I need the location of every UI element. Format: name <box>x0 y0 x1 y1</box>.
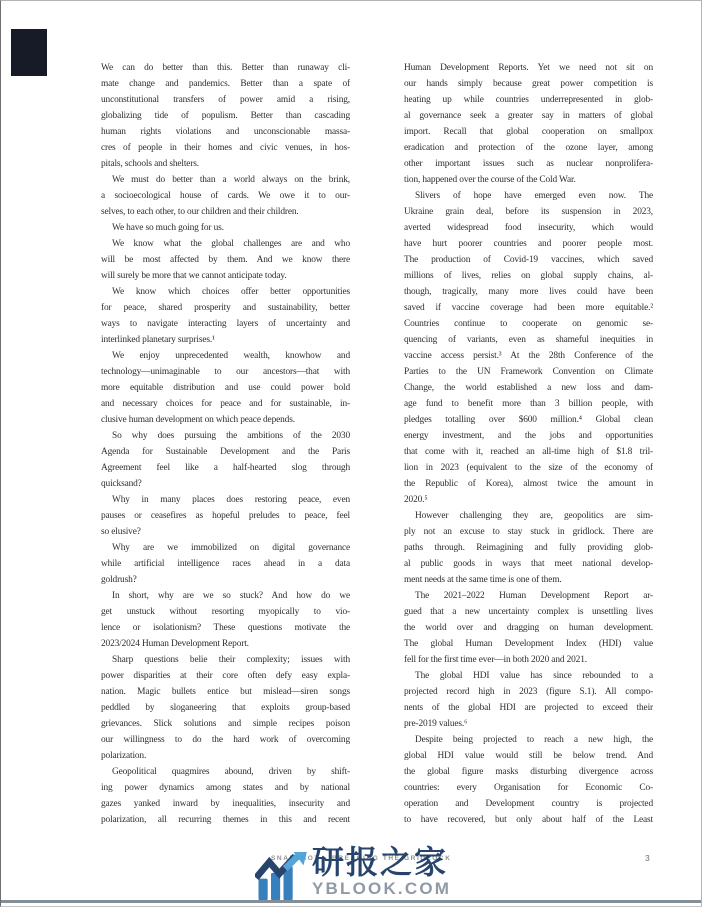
text-line: Agenda for Sustainable Development and t… <box>101 444 350 460</box>
text-line: Geopolitical quagmires abound, driven by… <box>101 764 350 780</box>
text-line: global HDI value would still be below tr… <box>404 748 653 764</box>
text-line: Agreement feel like a half-hearted slog … <box>101 460 350 476</box>
text-line: grievances. Slick solutions and simple r… <box>101 716 350 732</box>
text-line: We have so much going for us. <box>101 220 350 236</box>
text-line: We know which choices offer better oppor… <box>101 284 350 300</box>
text-line: for peace, shared prosperity and sustain… <box>101 300 350 316</box>
text-line: operation and Development country is pro… <box>404 796 653 812</box>
text-line: more equitable distribution and use coul… <box>101 380 350 396</box>
text-line: import. Recall that global cooperation o… <box>404 124 653 140</box>
text-line: ing power dynamics among states and by n… <box>101 780 350 796</box>
text-line: lion in 2023 (equivalent to the size of … <box>404 460 653 476</box>
text-line: Parties to the UN Framework Convention o… <box>404 364 653 380</box>
text-line: nents of the global HDI are projected to… <box>404 700 653 716</box>
text-line: tion, happened over the course of the Co… <box>404 172 653 188</box>
text-line: The 2021–2022 Human Development Report a… <box>404 588 653 604</box>
watermark-text: 研报之家 YBLOOK.COM <box>312 844 451 897</box>
text-line: Slivers of hope have emerged even now. T… <box>404 188 653 204</box>
text-line: lence or isolationism? These questions m… <box>101 620 350 636</box>
text-body: We can do better than this. Better than … <box>101 60 653 828</box>
text-column-right: Human Development Reports. Yet we need n… <box>404 60 653 828</box>
text-line: Sharp questions belie their complexity; … <box>101 652 350 668</box>
text-line: a socioecological house of cards. We owe… <box>101 188 350 204</box>
text-line: mate change and pandemics. Better than a… <box>101 76 350 92</box>
text-line: al public goods in ways that meet nation… <box>404 556 653 572</box>
text-line: So why does pursuing the ambitions of th… <box>101 428 350 444</box>
text-line: though, tragically, many more lives coul… <box>404 284 653 300</box>
text-line: ways to navigate interacting layers of u… <box>101 316 350 332</box>
text-line: We know what the global challenges are a… <box>101 236 350 252</box>
bar-chart-up-arrow-icon <box>255 852 307 902</box>
text-line: ply not an excuse to stay stuck in gridl… <box>404 524 653 540</box>
text-line: Ukraine grain deal, before its suspensio… <box>404 204 653 220</box>
text-line: eradication and protection of the ozone … <box>404 140 653 156</box>
text-line: pledges totalling over $600 million.⁴ Gl… <box>404 412 653 428</box>
text-line: age fund to benefit more than 3 billion … <box>404 396 653 412</box>
text-line: Change, the world established a new loss… <box>404 380 653 396</box>
text-line: polarization, all recurring themes in th… <box>101 812 350 828</box>
watermark-site-url: YBLOOK.COM <box>312 880 451 897</box>
site-watermark: 研报之家 YBLOOK.COM <box>255 844 451 902</box>
text-line: paths through. Reimagining and fully pro… <box>404 540 653 556</box>
document-page: We can do better than this. Better than … <box>0 0 702 907</box>
text-line: 2023/2024 Human Development Report. <box>101 636 350 652</box>
text-line: our willingness to do the hard work of o… <box>101 732 350 748</box>
text-line: The global HDI value has since rebounded… <box>404 668 653 684</box>
text-line: so elusive? <box>101 524 350 540</box>
text-line: 2020.⁵ <box>404 492 653 508</box>
text-line: The global Human Development Index (HDI)… <box>404 636 653 652</box>
text-line: averted widespread food insecurity, whic… <box>404 220 653 236</box>
text-line: In short, why are we so stuck? And how d… <box>101 588 350 604</box>
text-line: will surely be more that we cannot antic… <box>101 268 350 284</box>
text-line: polarization. <box>101 748 350 764</box>
text-line: gazes yanked inward by inequalities, ins… <box>101 796 350 812</box>
text-line: millions of lives, relies on global supp… <box>404 268 653 284</box>
text-line: that come with it, reached an all-time h… <box>404 444 653 460</box>
text-line: fell for the first time ever—in both 202… <box>404 652 653 668</box>
text-line: The production of Covid-19 vaccines, whi… <box>404 252 653 268</box>
text-line: clusive human development on which peace… <box>101 412 350 428</box>
text-line: selves, to each other, to our children a… <box>101 204 350 220</box>
text-line: other important issues such as nuclear n… <box>404 156 653 172</box>
text-column-left: We can do better than this. Better than … <box>101 60 350 828</box>
text-line: technology—unimaginable to our ancestors… <box>101 364 350 380</box>
text-line: ment needs at the same time is one of th… <box>404 572 653 588</box>
text-line: the world over and dragging on human dev… <box>404 620 653 636</box>
text-line: saved if vaccine coverage had been more … <box>404 300 653 316</box>
text-line: human rights violations and unconscionab… <box>101 124 350 140</box>
text-line: Despite being projected to reach a new h… <box>404 732 653 748</box>
footer-page-number: 3 <box>645 853 650 863</box>
text-line: heating up while countries underrepresen… <box>404 92 653 108</box>
text-line: cres of people in their homes and civic … <box>101 140 350 156</box>
text-line: pauses or ceasefires as hopeful preludes… <box>101 508 350 524</box>
text-line: al governance seek a greater say in matt… <box>404 108 653 124</box>
text-line: vaccine access persist.³ At the 28th Con… <box>404 348 653 364</box>
text-line: power disparities at their core often de… <box>101 668 350 684</box>
corner-tab <box>11 29 47 76</box>
text-line: quicksand? <box>101 476 350 492</box>
bottom-rule <box>1 900 701 903</box>
text-line: We can do better than this. Better than … <box>101 60 350 76</box>
text-line: countries: every Organisation for Econom… <box>404 780 653 796</box>
text-line: However challenging they are, geopolitic… <box>404 508 653 524</box>
text-line: the global figure masks disturbing diver… <box>404 764 653 780</box>
text-line: interlinked planetary surprises.¹ <box>101 332 350 348</box>
text-line: will be most affected by them. And we kn… <box>101 252 350 268</box>
text-line: pre-2019 values.⁶ <box>404 716 653 732</box>
text-line: and necessary choices for peace and for … <box>101 396 350 412</box>
text-line: to have recovered, but only about half o… <box>404 812 653 828</box>
text-line: Why are we immobilized on digital govern… <box>101 540 350 556</box>
text-line: our hands simply because great power com… <box>404 76 653 92</box>
text-line: peddled by sloganeering that exploits gr… <box>101 700 350 716</box>
text-line: quencing of variants, even as shameful i… <box>404 332 653 348</box>
text-line: get unstuck without resorting myopically… <box>101 604 350 620</box>
text-line: gued that a new uncertainty complex is u… <box>404 604 653 620</box>
text-line: have hurt poorer countries and poorer pe… <box>404 236 653 252</box>
text-line: while artificial intelligence races ahea… <box>101 556 350 572</box>
text-line: projected record high in 2023 (figure S.… <box>404 684 653 700</box>
text-line: goldrush? <box>101 572 350 588</box>
text-line: nation. Magic bullets entice but mislead… <box>101 684 350 700</box>
text-line: the Republic of Korea), almost twice the… <box>404 476 653 492</box>
text-line: We must do better than a world always on… <box>101 172 350 188</box>
text-line: energy investment, and the jobs and oppo… <box>404 428 653 444</box>
text-line: pitals, schools and shelters. <box>101 156 350 172</box>
text-line: Countries continue to cooperate on genom… <box>404 316 653 332</box>
text-line: globalizing tide of populism. Better tha… <box>101 108 350 124</box>
text-line: Human Development Reports. Yet we need n… <box>404 60 653 76</box>
text-line: We enjoy unprecedented wealth, knowhow a… <box>101 348 350 364</box>
watermark-site-name: 研报之家 <box>312 844 451 880</box>
text-line: Why in many places does restoring peace,… <box>101 492 350 508</box>
text-line: unconstitutional transfers of power amid… <box>101 92 350 108</box>
